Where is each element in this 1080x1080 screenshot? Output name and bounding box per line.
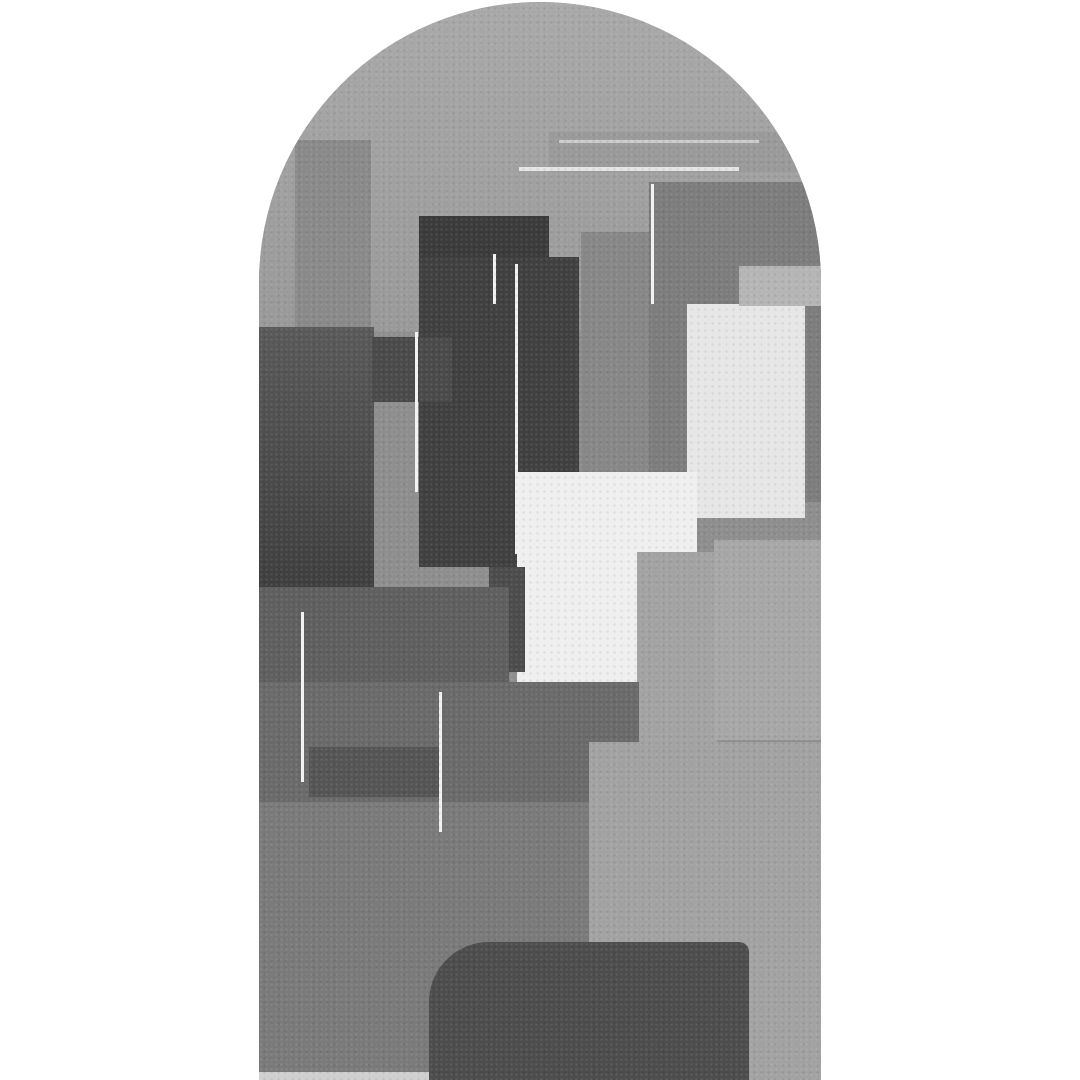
paint-texture (259, 2, 821, 1080)
arched-painting (259, 2, 821, 1080)
